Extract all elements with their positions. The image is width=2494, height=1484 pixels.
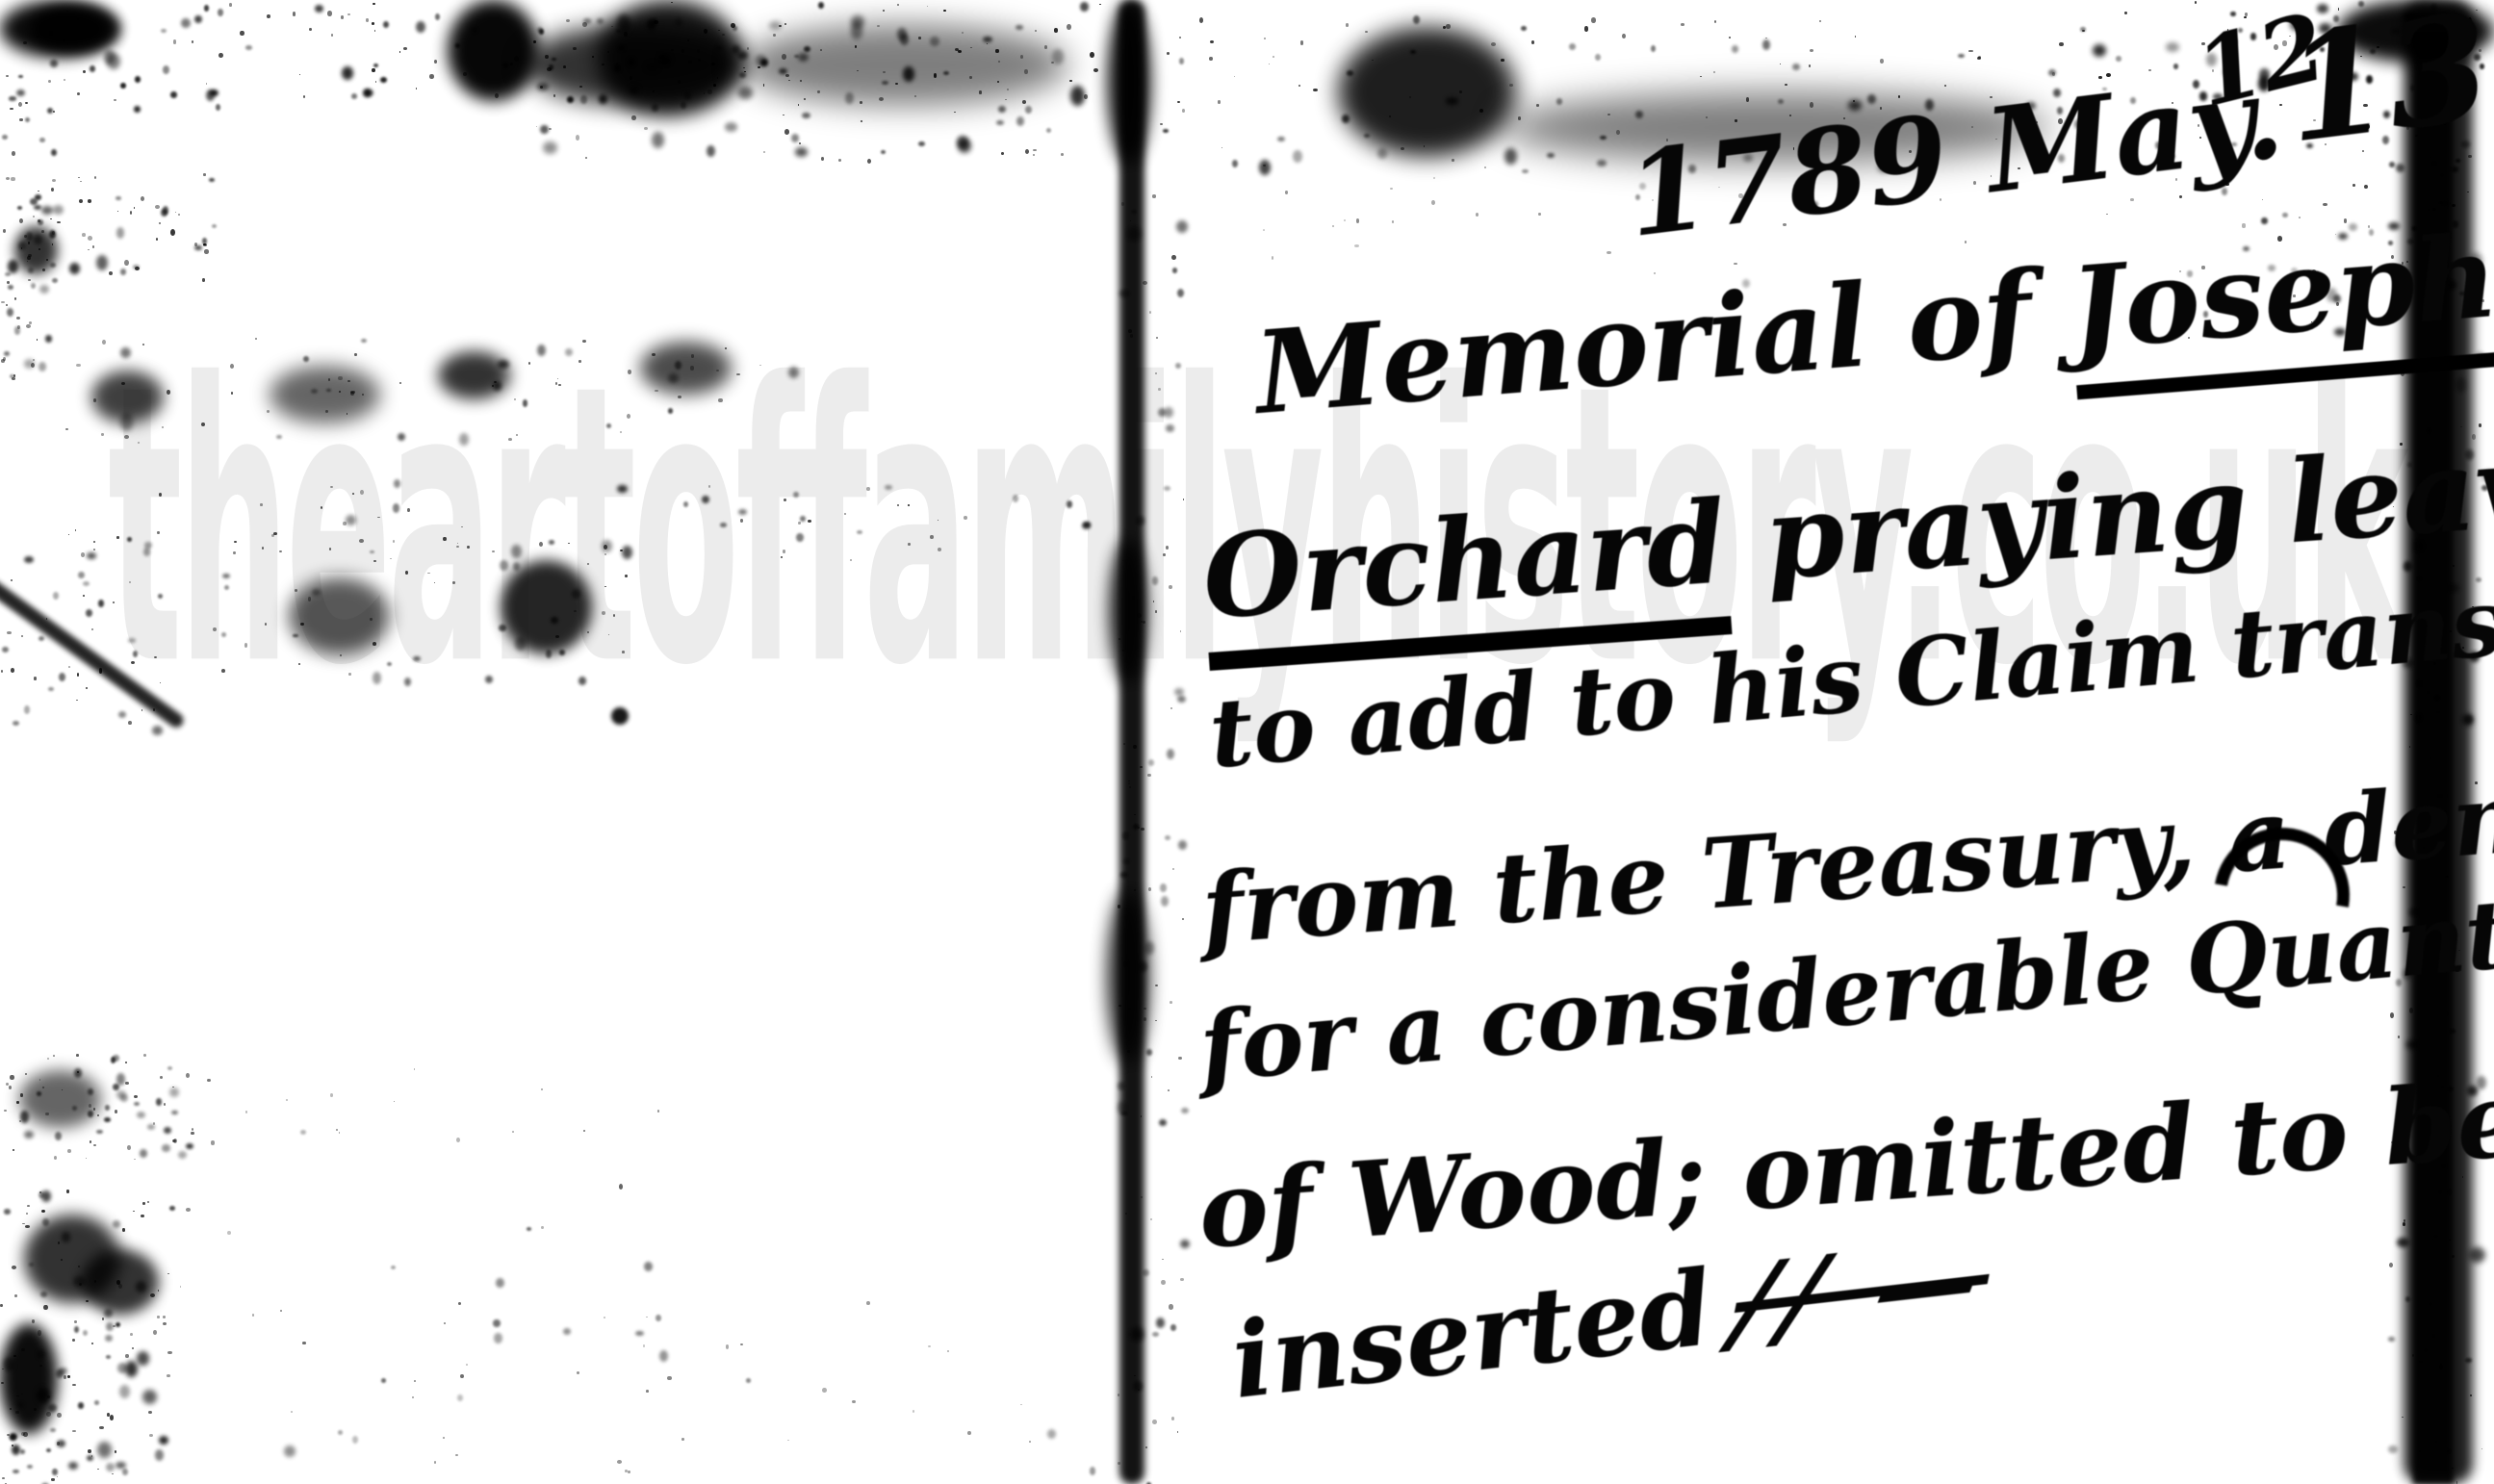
ink-speck bbox=[147, 1201, 150, 1204]
ink-speck bbox=[328, 378, 330, 381]
ink-speck bbox=[2261, 217, 2267, 224]
ink-speck bbox=[37, 1091, 41, 1095]
ink-speck bbox=[747, 47, 750, 50]
ink-speck bbox=[443, 1437, 445, 1439]
ink-speck bbox=[34, 235, 42, 244]
ink-speck bbox=[186, 1143, 193, 1149]
ink-speck bbox=[1172, 868, 1174, 870]
ink-speck bbox=[1170, 1001, 1172, 1004]
ink-speck bbox=[230, 364, 234, 369]
ink-speck bbox=[4, 1110, 7, 1113]
ink-speck bbox=[1029, 1441, 1031, 1443]
ink-speck bbox=[1090, 52, 1093, 58]
ink-speck bbox=[1597, 160, 1607, 166]
ink-speck bbox=[900, 34, 909, 45]
ink-speck bbox=[1172, 268, 1178, 273]
ink-speck bbox=[2124, 12, 2127, 15]
ink-speck bbox=[6, 177, 10, 180]
ink-speck bbox=[375, 81, 377, 83]
ink-speck bbox=[628, 1471, 630, 1474]
ink-speck bbox=[1263, 229, 1265, 231]
ink-speck bbox=[293, 12, 296, 16]
ink-speck bbox=[2, 647, 9, 652]
ink-speck bbox=[10, 1075, 13, 1079]
ink-speck bbox=[1855, 36, 1857, 38]
ink-speck bbox=[1965, 241, 1967, 243]
ink-speck bbox=[83, 595, 85, 597]
ink-speck bbox=[913, 1410, 914, 1412]
ink-speck bbox=[57, 1476, 59, 1478]
ink-speck bbox=[604, 1317, 605, 1318]
ink-speck bbox=[1145, 1446, 1147, 1449]
ink-speck bbox=[618, 45, 625, 51]
ink-speck bbox=[527, 1227, 531, 1231]
ink-speck bbox=[1522, 169, 1529, 173]
ink-speck bbox=[510, 63, 513, 65]
ink-speck bbox=[154, 656, 157, 658]
ink-speck bbox=[739, 72, 746, 78]
ink-speck bbox=[119, 1385, 130, 1398]
ink-speck bbox=[338, 376, 342, 380]
ink-speck bbox=[1170, 1324, 1176, 1331]
ink-speck bbox=[1177, 1431, 1179, 1433]
ink-speck bbox=[0, 1304, 3, 1308]
ink-speck bbox=[549, 540, 555, 544]
ink-speck bbox=[1169, 1304, 1173, 1309]
ink-speck bbox=[260, 503, 262, 506]
ink-speck bbox=[943, 10, 946, 12]
ink-speck bbox=[1410, 50, 1416, 54]
ink-speck bbox=[1001, 152, 1004, 155]
ink-speck bbox=[122, 1469, 128, 1475]
ink-speck bbox=[53, 111, 55, 113]
ink-speck bbox=[1177, 101, 1180, 103]
ink-speck bbox=[1538, 213, 1540, 216]
ink-speck bbox=[128, 638, 136, 643]
ink-speck bbox=[39, 138, 45, 143]
ink-speck bbox=[587, 631, 589, 632]
ink-speck bbox=[622, 651, 624, 653]
ink-speck bbox=[211, 1140, 215, 1144]
ink-speck bbox=[1150, 1218, 1152, 1220]
ink-speck bbox=[17, 325, 20, 329]
ink-speck bbox=[2242, 223, 2245, 227]
ink-speck bbox=[725, 122, 737, 131]
ink-speck bbox=[26, 1213, 28, 1215]
ink-speck bbox=[118, 711, 126, 718]
ink-speck bbox=[120, 269, 127, 275]
ink-speck bbox=[26, 324, 31, 328]
ink-speck bbox=[350, 391, 355, 395]
ink-speck bbox=[1479, 109, 1483, 113]
ink-speck bbox=[883, 71, 886, 73]
ink-speck bbox=[240, 31, 244, 37]
ink-speck bbox=[125, 1354, 129, 1359]
ink-speck bbox=[46, 1448, 51, 1452]
ink-speck bbox=[1209, 57, 1212, 61]
ink-speck bbox=[88, 1449, 91, 1453]
ink-speck bbox=[137, 1112, 145, 1118]
ink-speck bbox=[106, 1322, 114, 1331]
ink-speck bbox=[9, 1086, 12, 1089]
ink-speck bbox=[53, 205, 63, 215]
ink-speck bbox=[192, 1128, 194, 1131]
ink-speck bbox=[885, 485, 892, 490]
ink-speck bbox=[134, 207, 136, 209]
ink-speck bbox=[1810, 49, 1813, 52]
ink-speck bbox=[758, 66, 759, 68]
ink-speck bbox=[38, 191, 39, 192]
ink-speck bbox=[291, 1411, 294, 1413]
ink-speck bbox=[83, 581, 90, 586]
ink-speck bbox=[1163, 129, 1169, 133]
ink-speck bbox=[96, 1130, 103, 1135]
ink-speck bbox=[340, 654, 342, 656]
ink-speck bbox=[90, 1140, 91, 1142]
ink-speck bbox=[738, 87, 753, 99]
ink-speck bbox=[91, 1343, 93, 1344]
ink-speck bbox=[74, 1326, 79, 1333]
ink-speck bbox=[553, 94, 555, 96]
ink-speck bbox=[1446, 24, 1451, 29]
ink-speck bbox=[167, 390, 170, 395]
ink-speck bbox=[212, 224, 218, 228]
ink-speck bbox=[169, 1206, 175, 1211]
ink-speck bbox=[68, 666, 70, 668]
ink-speck bbox=[54, 1156, 57, 1160]
ink-speck bbox=[315, 5, 323, 13]
ink-speck bbox=[624, 32, 627, 37]
ink-speck bbox=[86, 687, 88, 689]
ink-speck bbox=[1070, 86, 1085, 105]
ink-speck bbox=[1607, 114, 1610, 115]
ink-speck bbox=[158, 594, 163, 599]
ink-speck bbox=[543, 141, 557, 154]
ink-speck bbox=[286, 1099, 288, 1101]
ink-speck bbox=[1595, 54, 1601, 61]
ink-speck bbox=[702, 496, 709, 503]
ink-speck bbox=[38, 219, 43, 225]
ink-speck bbox=[303, 356, 309, 362]
ink-speck bbox=[8, 285, 13, 290]
ink-speck bbox=[644, 1262, 653, 1271]
ink-speck bbox=[1765, 38, 1767, 38]
ink-speck bbox=[782, 54, 786, 60]
ink-speck bbox=[303, 95, 305, 98]
ink-speck bbox=[412, 1396, 414, 1398]
ink-speck bbox=[393, 503, 399, 513]
ink-speck bbox=[267, 14, 270, 18]
ink-speck bbox=[244, 643, 247, 648]
ink-speck bbox=[740, 519, 743, 523]
ink-speck bbox=[18, 102, 22, 107]
ink-speck bbox=[653, 90, 655, 92]
ink-speck bbox=[1, 1382, 4, 1384]
ink-speck bbox=[92, 245, 94, 248]
ink-speck bbox=[267, 410, 270, 413]
ink-speck bbox=[1234, 76, 1236, 77]
ink-speck bbox=[1054, 28, 1058, 32]
ink-speck bbox=[2389, 1263, 2393, 1267]
ink-speck bbox=[18, 75, 23, 78]
ink-speck bbox=[12, 1266, 16, 1269]
ink-speck bbox=[106, 1355, 111, 1358]
ink-speck bbox=[213, 627, 217, 631]
ink-speck bbox=[394, 1101, 396, 1103]
ink-speck bbox=[555, 635, 559, 638]
ink-speck bbox=[132, 1347, 134, 1349]
ink-speck bbox=[221, 669, 225, 673]
ink-speck bbox=[1199, 17, 1203, 23]
ink-speck bbox=[512, 1131, 514, 1133]
ink-speck bbox=[115, 1450, 116, 1452]
ink-speck bbox=[943, 71, 948, 75]
ink-speck bbox=[463, 72, 467, 76]
ink-speck bbox=[1020, 1404, 1022, 1406]
ink-speck bbox=[53, 592, 59, 600]
ink-speck bbox=[927, 6, 929, 8]
ink-speck bbox=[1651, 45, 1656, 52]
ink-speck bbox=[81, 552, 85, 556]
ink-speck bbox=[233, 551, 235, 554]
ink-stain bbox=[501, 560, 592, 654]
ink-speck bbox=[2, 135, 7, 140]
ink-speck bbox=[7, 281, 10, 284]
ink-speck bbox=[675, 361, 681, 371]
ink-speck bbox=[998, 106, 1006, 113]
ink-stain bbox=[640, 342, 732, 395]
ink-speck bbox=[300, 623, 303, 626]
ink-speck bbox=[106, 1463, 115, 1471]
ink-speck bbox=[13, 1149, 14, 1151]
ink-speck bbox=[1168, 1089, 1170, 1091]
ink-speck bbox=[457, 1394, 463, 1402]
ink-speck bbox=[1005, 99, 1007, 100]
ink-speck bbox=[857, 70, 859, 71]
ink-speck bbox=[407, 508, 410, 512]
ink-speck bbox=[56, 1369, 64, 1378]
ink-speck bbox=[1714, 20, 1716, 23]
ink-speck bbox=[67, 1149, 71, 1153]
ink-speck bbox=[93, 1144, 96, 1146]
ink-speck bbox=[163, 1322, 167, 1325]
ink-speck bbox=[957, 136, 968, 148]
ink-speck bbox=[914, 95, 916, 97]
ink-speck bbox=[838, 159, 841, 162]
ink-speck bbox=[125, 1082, 129, 1085]
ink-speck bbox=[133, 651, 138, 657]
ink-speck bbox=[743, 67, 745, 68]
ink-speck bbox=[13, 1470, 19, 1473]
ink-speck bbox=[7, 308, 13, 317]
ink-speck bbox=[13, 721, 19, 726]
ink-speck bbox=[707, 145, 715, 157]
ink-speck bbox=[969, 76, 971, 79]
line7-text: inserted bbox=[1226, 1247, 1718, 1422]
ink-speck bbox=[202, 278, 205, 282]
ink-speck bbox=[207, 1079, 211, 1083]
ink-speck bbox=[113, 1055, 119, 1062]
ink-speck bbox=[352, 1436, 358, 1444]
ink-speck bbox=[330, 1093, 333, 1097]
ink-speck bbox=[1607, 251, 1611, 254]
ink-speck bbox=[173, 39, 177, 43]
ink-speck bbox=[1509, 84, 1513, 87]
ink-speck bbox=[657, 1110, 659, 1113]
ink-speck bbox=[1155, 372, 1157, 374]
ink-speck bbox=[142, 1202, 144, 1205]
ink-speck bbox=[94, 176, 96, 179]
ink-speck bbox=[393, 540, 395, 543]
ink-speck bbox=[116, 196, 121, 201]
ink-speck bbox=[850, 559, 852, 561]
ink-speck bbox=[459, 433, 470, 446]
ink-speck bbox=[19, 218, 23, 223]
ink-speck bbox=[434, 1461, 436, 1464]
ink-speck bbox=[311, 389, 318, 394]
ink-speck bbox=[1090, 1467, 1095, 1475]
ink-speck bbox=[1181, 1108, 1189, 1113]
ink-speck bbox=[1285, 191, 1289, 194]
ink-speck bbox=[90, 65, 95, 72]
ink-speck bbox=[17, 206, 22, 209]
ink-speck bbox=[2282, 213, 2287, 218]
ink-speck bbox=[57, 1440, 65, 1447]
ink-speck bbox=[996, 120, 1004, 125]
ink-speck bbox=[88, 236, 92, 241]
ink-speck bbox=[127, 537, 132, 542]
ink-speck bbox=[152, 726, 163, 735]
ink-speck bbox=[962, 32, 964, 35]
ink-speck bbox=[857, 530, 861, 535]
ink-speck bbox=[1547, 153, 1555, 158]
ink-speck bbox=[170, 91, 176, 98]
ink-speck bbox=[124, 435, 129, 439]
ink-speck bbox=[77, 18, 79, 20]
ink-speck bbox=[16, 90, 25, 96]
ink-speck bbox=[41, 1190, 51, 1202]
ink-speck bbox=[416, 21, 425, 33]
ink-speck bbox=[158, 1290, 160, 1291]
ink-speck bbox=[377, 517, 379, 518]
ink-speck bbox=[800, 80, 802, 82]
ink-speck bbox=[416, 88, 418, 90]
ink-speck bbox=[219, 53, 223, 58]
ink-speck bbox=[34, 205, 41, 210]
ink-speck bbox=[515, 637, 526, 651]
ink-speck bbox=[373, 642, 376, 646]
ink-speck bbox=[731, 23, 735, 28]
ink-speck bbox=[109, 271, 113, 275]
ink-speck bbox=[1144, 941, 1155, 955]
ink-speck bbox=[1392, 220, 1394, 223]
ink-speck bbox=[1293, 150, 1302, 163]
ink-speck bbox=[1178, 840, 1187, 850]
ink-speck bbox=[930, 535, 934, 539]
ink-speck bbox=[162, 426, 164, 428]
ink-speck bbox=[12, 1445, 13, 1446]
ink-speck bbox=[718, 30, 720, 31]
ink-speck bbox=[1167, 749, 1174, 759]
ink-stain bbox=[448, 0, 539, 101]
ink-speck bbox=[500, 560, 508, 571]
ink-speck bbox=[27, 1205, 30, 1207]
ink-speck bbox=[374, 30, 376, 32]
ink-speck bbox=[186, 1208, 191, 1211]
ink-speck bbox=[147, 1124, 155, 1129]
ink-speck bbox=[130, 1333, 132, 1336]
ink-speck bbox=[72, 1339, 75, 1342]
ink-speck bbox=[1169, 585, 1172, 589]
ink-speck bbox=[348, 673, 351, 676]
ink-speck bbox=[299, 74, 301, 75]
ink-speck bbox=[4, 1357, 14, 1371]
ink-speck bbox=[1569, 43, 1576, 50]
ink-speck bbox=[545, 55, 548, 59]
ink-speck bbox=[141, 1215, 144, 1217]
ink-speck bbox=[1342, 115, 1350, 123]
ink-speck bbox=[47, 108, 53, 114]
ink-speck bbox=[443, 537, 446, 541]
ink-speck bbox=[1300, 40, 1304, 44]
ink-speck bbox=[105, 1335, 113, 1343]
ink-speck bbox=[338, 1430, 343, 1435]
ink-speck bbox=[1531, 40, 1535, 44]
ink-speck bbox=[391, 1266, 396, 1269]
ink-speck bbox=[280, 1310, 282, 1312]
ink-speck bbox=[11, 177, 15, 180]
ink-speck bbox=[1780, 64, 1782, 64]
ink-speck bbox=[380, 77, 387, 83]
ink-speck bbox=[855, 45, 857, 47]
ink-speck bbox=[32, 1319, 36, 1323]
ink-speck bbox=[1272, 256, 1274, 259]
ink-speck bbox=[455, 43, 461, 48]
ink-speck bbox=[78, 177, 80, 178]
ink-speck bbox=[860, 101, 861, 104]
ink-speck bbox=[67, 1375, 70, 1378]
ink-speck bbox=[1273, 56, 1274, 58]
ink-speck bbox=[414, 1380, 416, 1382]
ink-speck bbox=[221, 632, 226, 637]
ink-speck bbox=[1152, 1332, 1159, 1337]
ink-speck bbox=[302, 1342, 305, 1344]
ink-speck bbox=[76, 1054, 79, 1056]
ink-speck bbox=[157, 531, 159, 534]
ink-speck bbox=[617, 485, 627, 493]
ink-speck bbox=[2262, 199, 2264, 200]
ink-speck bbox=[153, 708, 155, 711]
ink-speck bbox=[725, 347, 727, 350]
ink-speck bbox=[46, 259, 48, 260]
ink-speck bbox=[1025, 149, 1029, 154]
ink-speck bbox=[76, 364, 81, 368]
ink-speck bbox=[1424, 145, 1426, 147]
ink-speck bbox=[866, 1301, 870, 1305]
ink-speck bbox=[1484, 166, 1486, 168]
ink-speck bbox=[120, 83, 126, 89]
ink-speck bbox=[6, 304, 8, 306]
ink-speck bbox=[1033, 149, 1037, 151]
ink-speck bbox=[688, 61, 692, 64]
ink-speck bbox=[1016, 116, 1024, 127]
ink-speck bbox=[373, 672, 381, 684]
ink-speck bbox=[681, 1438, 684, 1442]
ink-speck bbox=[947, 1350, 950, 1353]
ink-speck bbox=[1591, 17, 1596, 22]
ink-speck bbox=[799, 142, 801, 144]
ink-speck bbox=[563, 65, 566, 68]
